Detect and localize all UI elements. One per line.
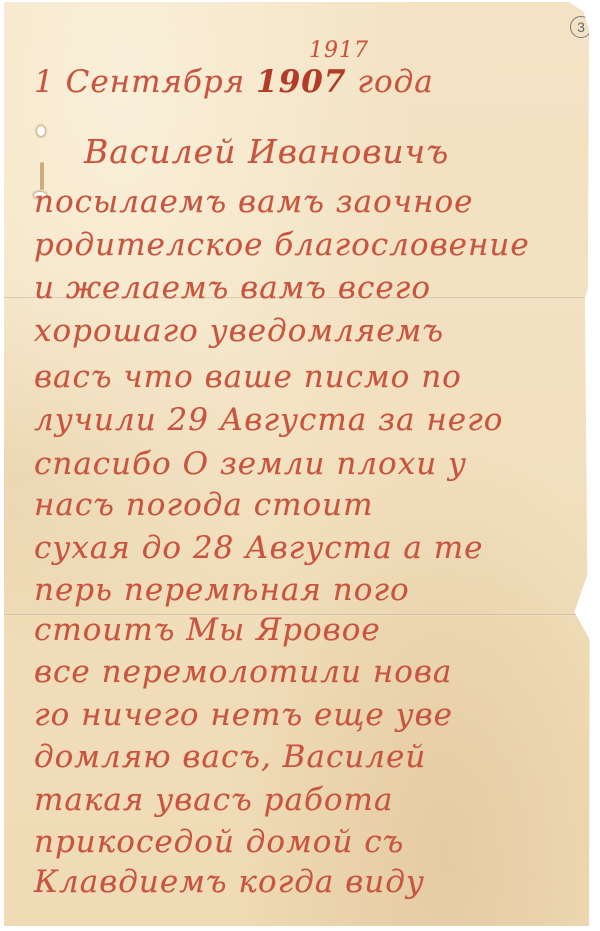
letter-line: прикоседой домой съ	[34, 824, 404, 860]
letter-line: лучили 29 Августа за него	[34, 402, 503, 438]
date-month: Сентября	[66, 64, 246, 100]
letter-line: такая увасъ работа	[34, 782, 393, 818]
letter-line: насъ погода стоит	[34, 487, 374, 523]
letter-line: перь перемѣная пого	[34, 572, 410, 608]
letter-line: стоитъ Мы Яровое	[34, 612, 381, 648]
letter-page: 3 1917 1 Сентября 1907 года Василей Иван…	[4, 2, 592, 926]
page-number: 3	[570, 16, 592, 38]
date-day: 1	[34, 64, 55, 100]
date-line: 1 Сентября 1907 года	[34, 64, 434, 100]
letter-line: все перемолотили нова	[34, 654, 452, 690]
letter-line: сухая до 28 Августа а те	[34, 530, 484, 566]
letter-line: хорошаго уведомляемъ	[34, 313, 444, 349]
letter-line: родителское благословение	[34, 227, 530, 263]
date-year: 1907	[256, 64, 346, 100]
date-suffix: года	[357, 64, 433, 100]
letter-line: спасибо О земли плохи у	[34, 446, 467, 482]
letter-line: домляю васъ, Василей	[34, 739, 426, 775]
letter-line: посылаемъ вамъ заочное	[34, 184, 474, 220]
letter-line: и желаемъ вамъ всего	[34, 270, 431, 306]
year-correction: 1917	[309, 38, 369, 63]
salutation: Василей Ивановичъ	[84, 132, 449, 171]
letter-line: го ничего нетъ еще уве	[34, 697, 453, 733]
paper-hole	[37, 126, 45, 136]
letter-line: васъ что ваше писмо по	[34, 359, 462, 395]
letter-line: Клавдиемъ когда виду	[34, 864, 425, 900]
